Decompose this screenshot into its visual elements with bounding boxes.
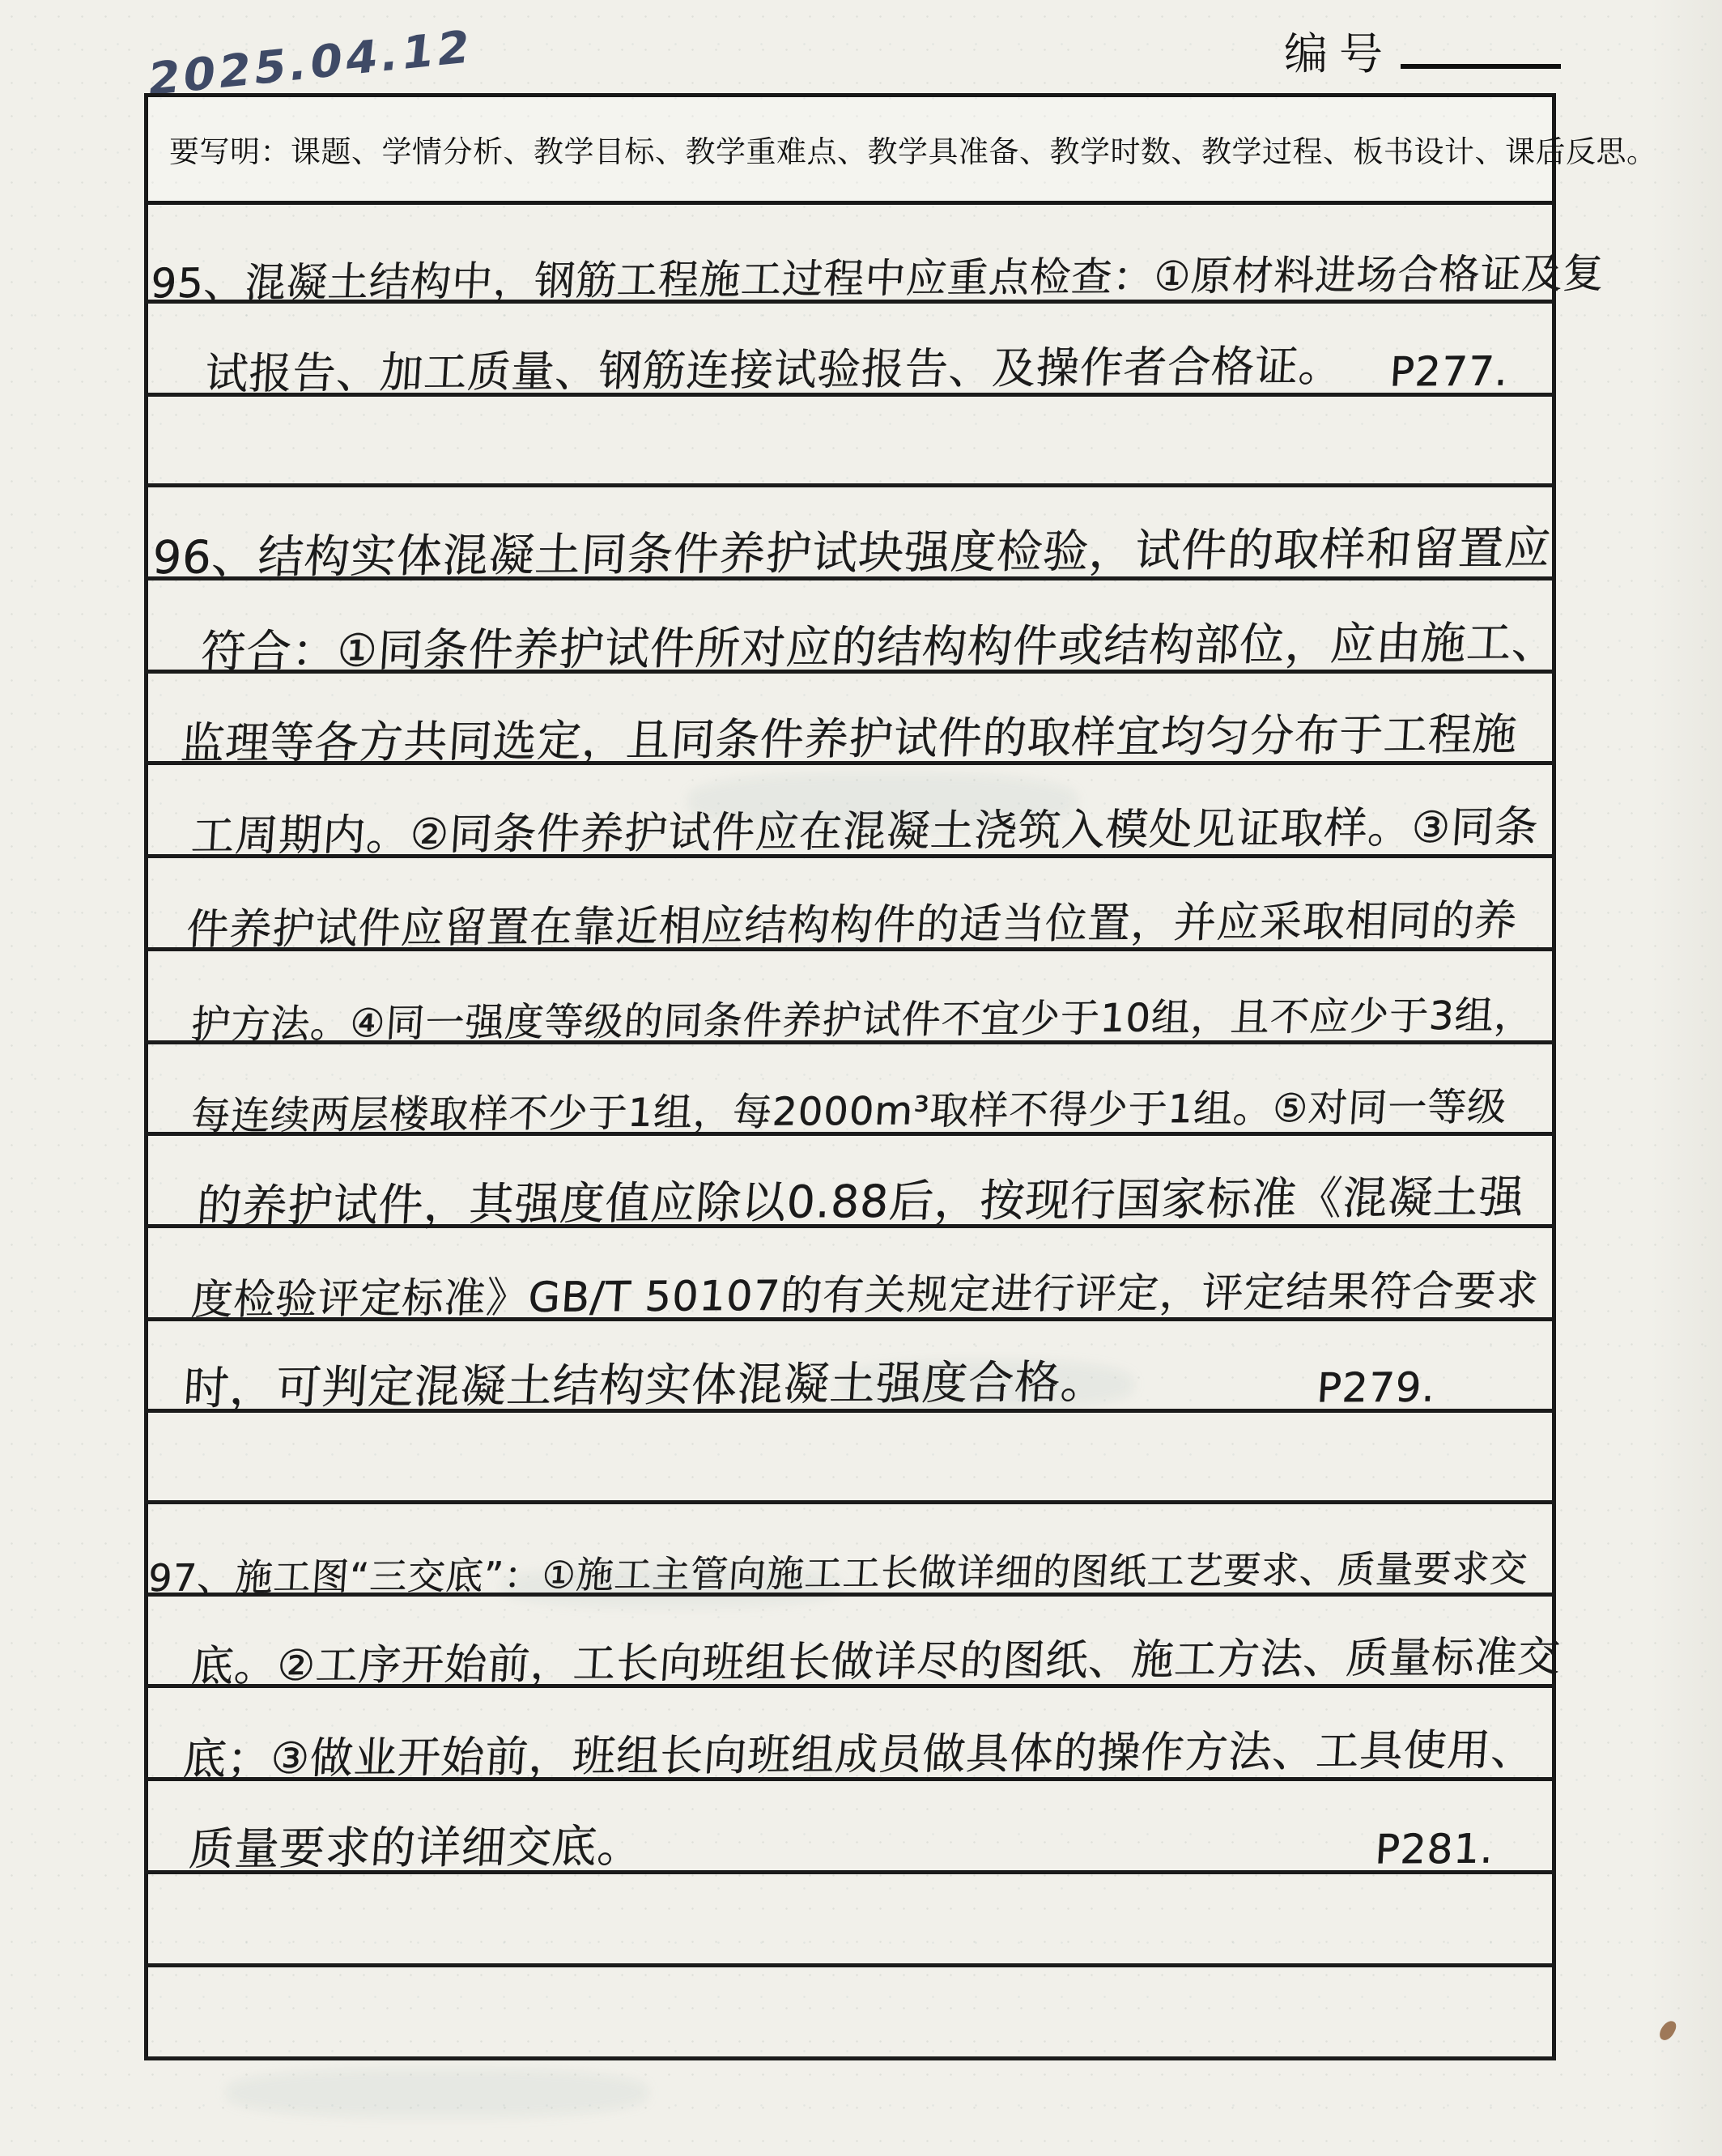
handwritten-line-95-2: 试报告、加工质量、钢筋连接试验报告、及操作者合格证。 bbox=[204, 314, 1346, 397]
handwritten-line-96-7: 每连续两层楼取样不少于1组，每2000m³取样不得少于1组。⑤对同一等级 bbox=[190, 1052, 1511, 1136]
handwritten-line-97-1: 97、施工图“三交底”：①施工主管向施工工长做详细的图纸工艺要求、质量要求交 bbox=[147, 1513, 1532, 1597]
page-reference-p281: P281. bbox=[1374, 1795, 1497, 1870]
page-reference-p277: P277. bbox=[1388, 317, 1512, 393]
ruled-line bbox=[144, 483, 1556, 487]
handwritten-line-96-8: 的养护试件，其强度值应除以0.88后，按现行国家标准《混凝土强 bbox=[196, 1145, 1528, 1228]
paper-right-edge-shading bbox=[1649, 0, 1722, 2156]
handwritten-line-96-4: 工周期内。②同条件养护试件应在混凝土浇筑入模处见证取样。③同条 bbox=[190, 775, 1542, 859]
serial-number-underline bbox=[1401, 64, 1561, 69]
pencil-smudge bbox=[227, 2069, 648, 2117]
ruled-line bbox=[144, 1500, 1556, 1504]
handwritten-line-97-3: 底；③做业开始前，班组长向班组成员做具体的操作方法、工具使用、 bbox=[182, 1698, 1538, 1782]
handwritten-line-95-1: 95、混凝土结构中，钢筋工程施工过程中应重点检查：①原材料进场合格证及复 bbox=[150, 220, 1608, 305]
ruled-line bbox=[144, 2056, 1556, 2060]
handwritten-line-96-3: 监理等各方共同选定，且同条件养护试件的取样宜均匀分布于工程施 bbox=[180, 682, 1521, 766]
paper-speck bbox=[1657, 2018, 1678, 2043]
header-instruction-box: 要写明：课题、学情分析、教学目标、教学重难点、教学具准备、教学时数、教学过程、板… bbox=[144, 93, 1556, 205]
handwritten-line-97-2: 底。②工序开始前，工长向班组长做详尽的图纸、施工方法、质量标准交 bbox=[190, 1605, 1564, 1689]
handwritten-line-96-9: 度检验评定标准》GB/T 50107的有关规定进行评定，评定结果符合要求 bbox=[190, 1238, 1542, 1322]
serial-number-field: 编号 bbox=[1284, 19, 1561, 82]
handwritten-line-96-6: 护方法。④同一强度等级的同条件养护试件不宜少于10组，且不应少于3组， bbox=[190, 961, 1537, 1045]
handwritten-line-97-4: 质量要求的详细交底。 bbox=[188, 1794, 646, 1872]
ruled-line bbox=[144, 1963, 1556, 1967]
handwritten-line-96-10: 时，可判定混凝土结构实体混凝土强度合格。 bbox=[182, 1331, 1110, 1412]
notebook-scan-page: 2025.04.12 编号 要写明：课题、学情分析、教学目标、教学重难点、教学具… bbox=[0, 0, 1722, 2156]
handwritten-line-96-5: 件养护试件应留置在靠近相应结构构件的适当位置，并应采取相同的养 bbox=[185, 868, 1521, 951]
serial-number-label: 编号 bbox=[1284, 30, 1394, 79]
page-reference-p279: P279. bbox=[1316, 1333, 1439, 1409]
handwritten-line-96-2: 符合：①同条件养护试件所对应的结构构件或结构部位，应由施工、 bbox=[200, 590, 1561, 674]
handwritten-line-96-1: 96、结构实体混凝土同条件养护试块强度检验，试件的取样和留置应 bbox=[151, 497, 1554, 581]
header-instruction-text: 要写明：课题、学情分析、教学目标、教学重难点、教学具准备、教学时数、教学过程、板… bbox=[148, 127, 1657, 171]
